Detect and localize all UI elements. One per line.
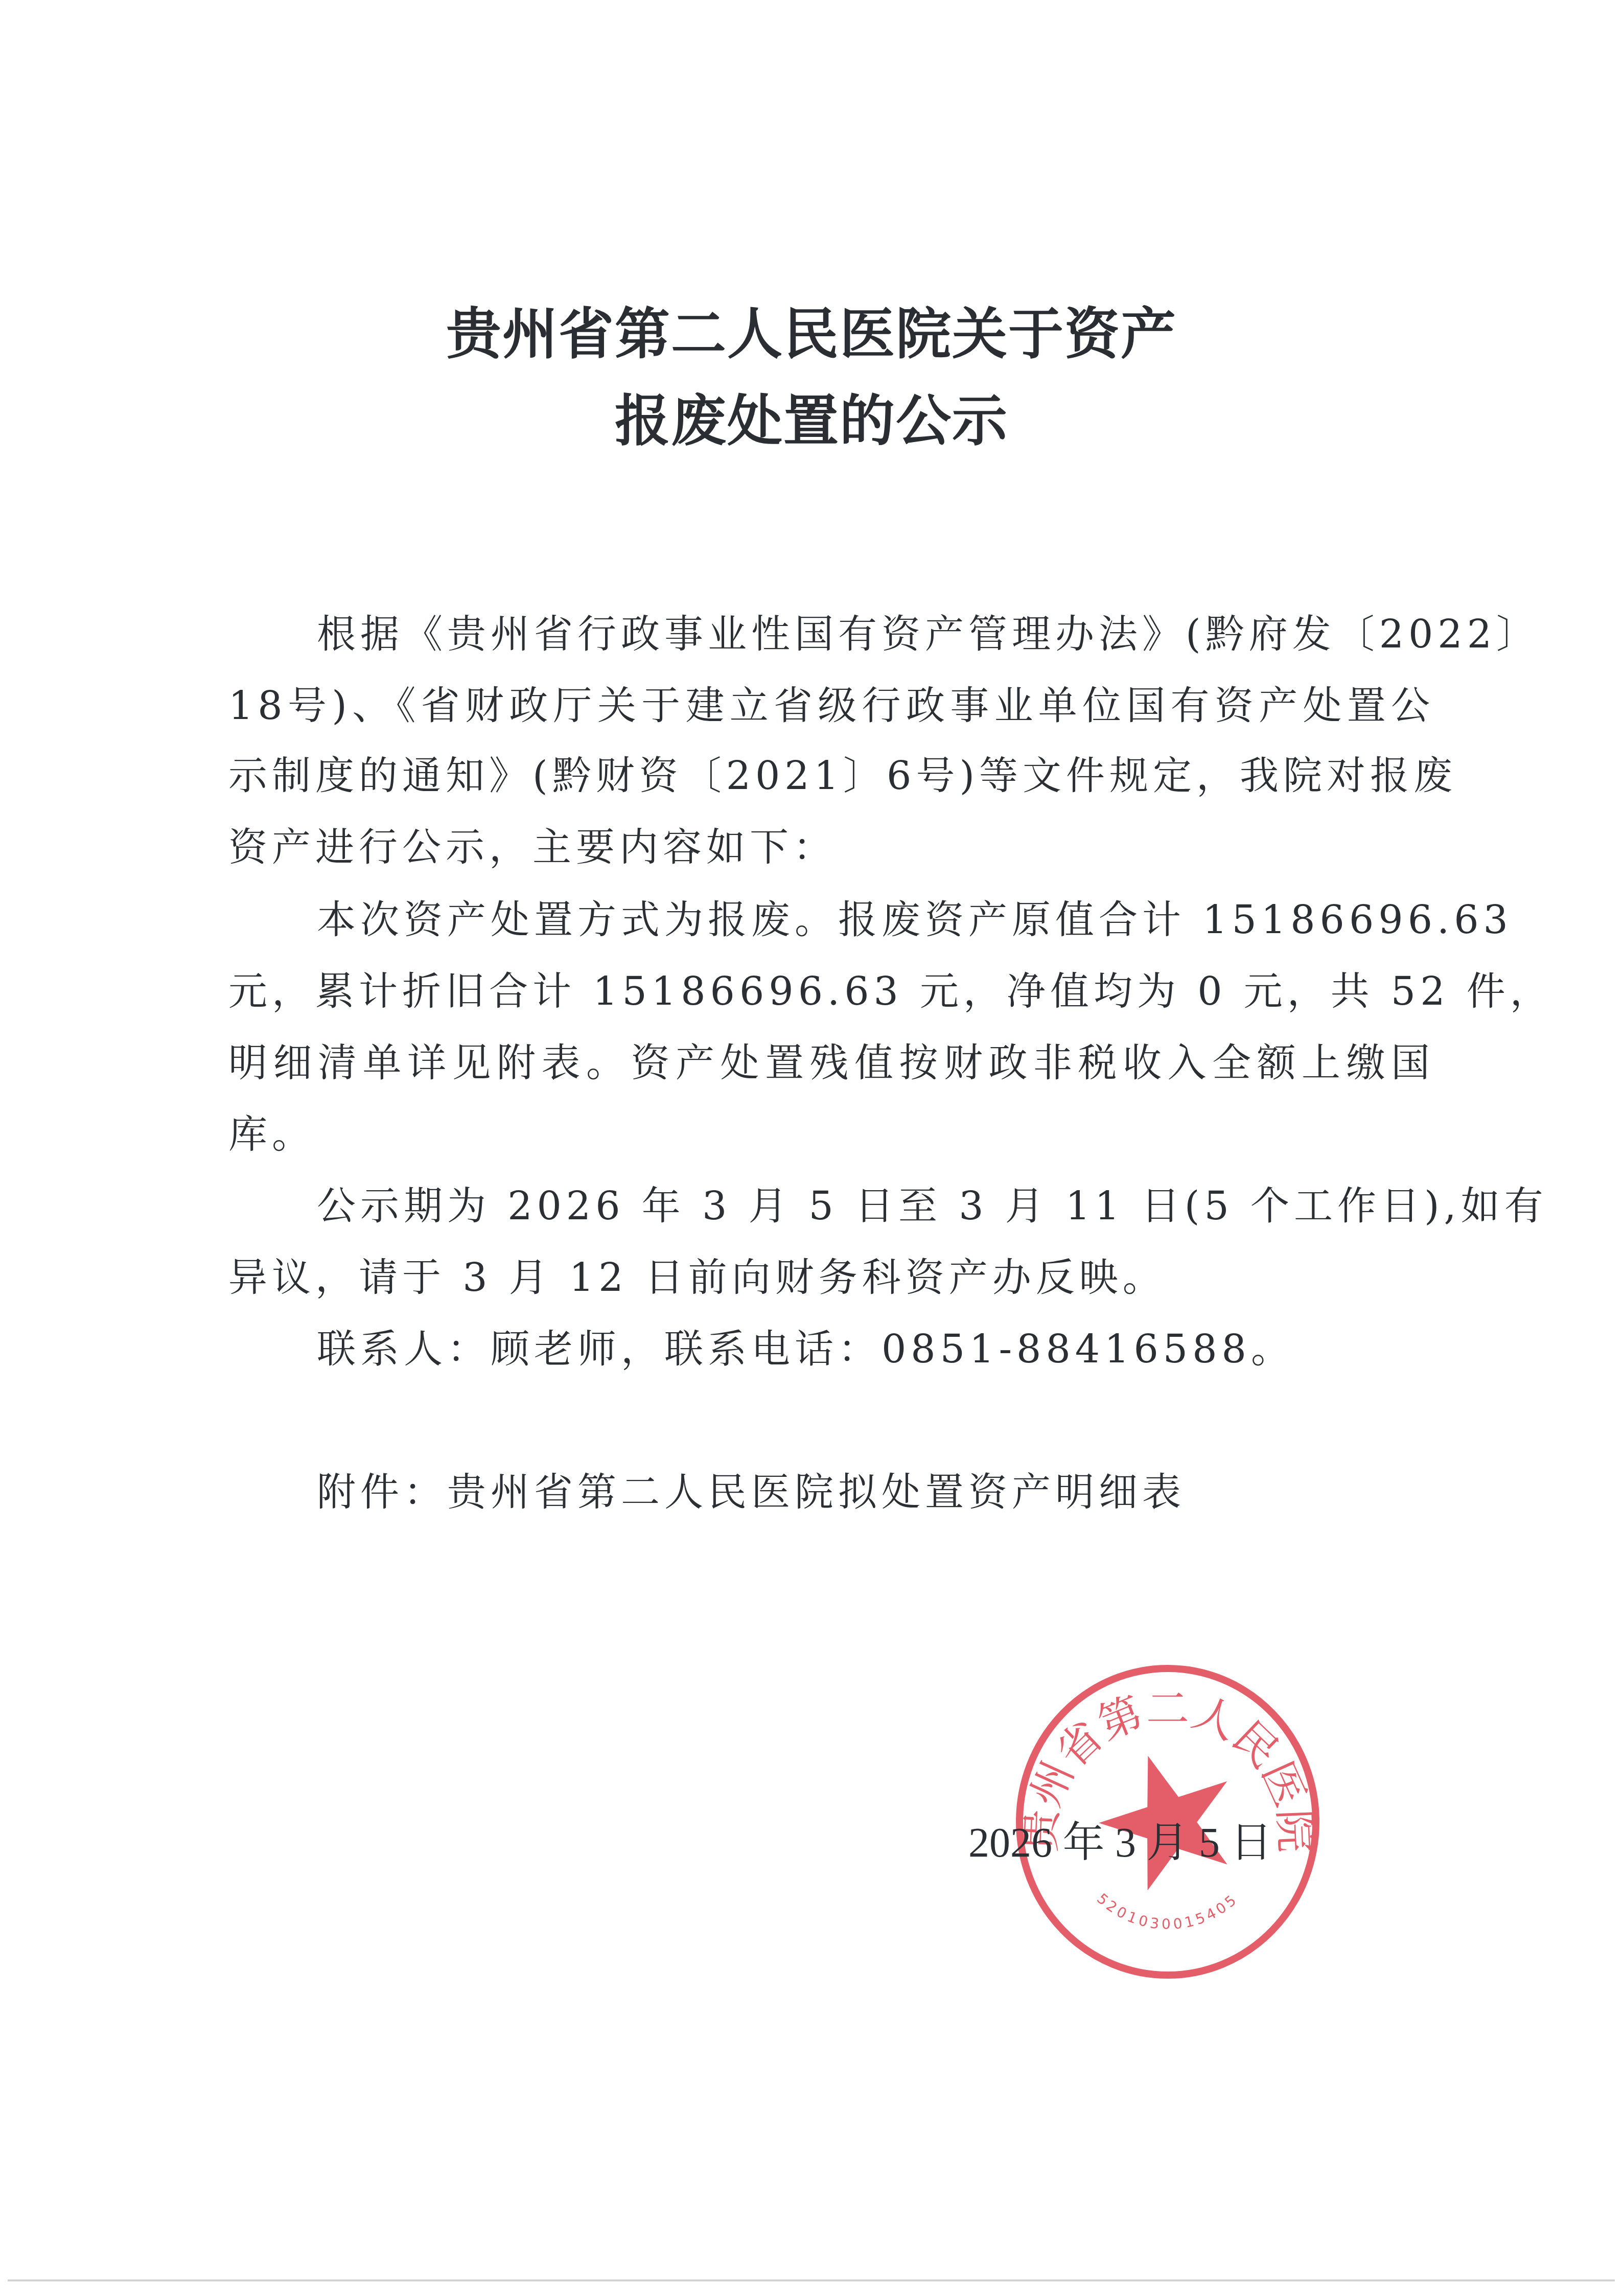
document-title-line-1: 贵州省第二人民医院关于资产	[0, 307, 1623, 362]
attachment-line: 附件：贵州省第二人民医院拟处置资产明细表	[317, 1473, 1433, 1512]
body-line-5: 本次资产处置方式为报废。报废资产原值合计 15186696.63	[317, 900, 1433, 939]
scan-edge-divider	[8, 2279, 1615, 2282]
document-page: 贵州省第二人民医院关于资产 报废处置的公示 根据《贵州省行政事业性国有资产管理办…	[0, 0, 1623, 2296]
seal-code: 5201030015405	[1094, 1890, 1242, 1933]
body-line-10: 异议，请于 3 月 12 日前向财务科资产办反映。	[228, 1258, 1434, 1297]
body-line-2: 18号)、《省财政厅关于建立省级行政事业单位国有资产处置公	[228, 686, 1434, 725]
body-line-3: 示制度的通知》(黔财资〔2021〕6号)等文件规定，我院对报废	[228, 756, 1434, 795]
signature-date: 2026 年 3 月 5 日	[968, 1822, 1272, 1864]
contact-line: 联系人：顾老师，联系电话：0851-88416588。	[317, 1330, 1433, 1369]
body-line-8: 库。	[228, 1115, 1434, 1154]
seal-star-icon	[1084, 1735, 1251, 1898]
body-line-6: 元，累计折旧合计 15186696.63 元，净值均为 0 元，共 52 件，	[228, 972, 1434, 1011]
body-line-1: 根据《贵州省行政事业性国有资产管理办法》(黔府发〔2022〕	[317, 615, 1433, 654]
body-line-4: 资产进行公示，主要内容如下：	[228, 828, 1434, 867]
body-line-9: 公示期为 2026 年 3 月 5 日至 3 月 11 日(5 个工作日),如有	[317, 1187, 1433, 1225]
body-line-7: 明细清单详见附表。资产处置残值按财政非税收入全额上缴国	[228, 1043, 1434, 1082]
document-title-line-2: 报废处置的公示	[0, 393, 1623, 449]
